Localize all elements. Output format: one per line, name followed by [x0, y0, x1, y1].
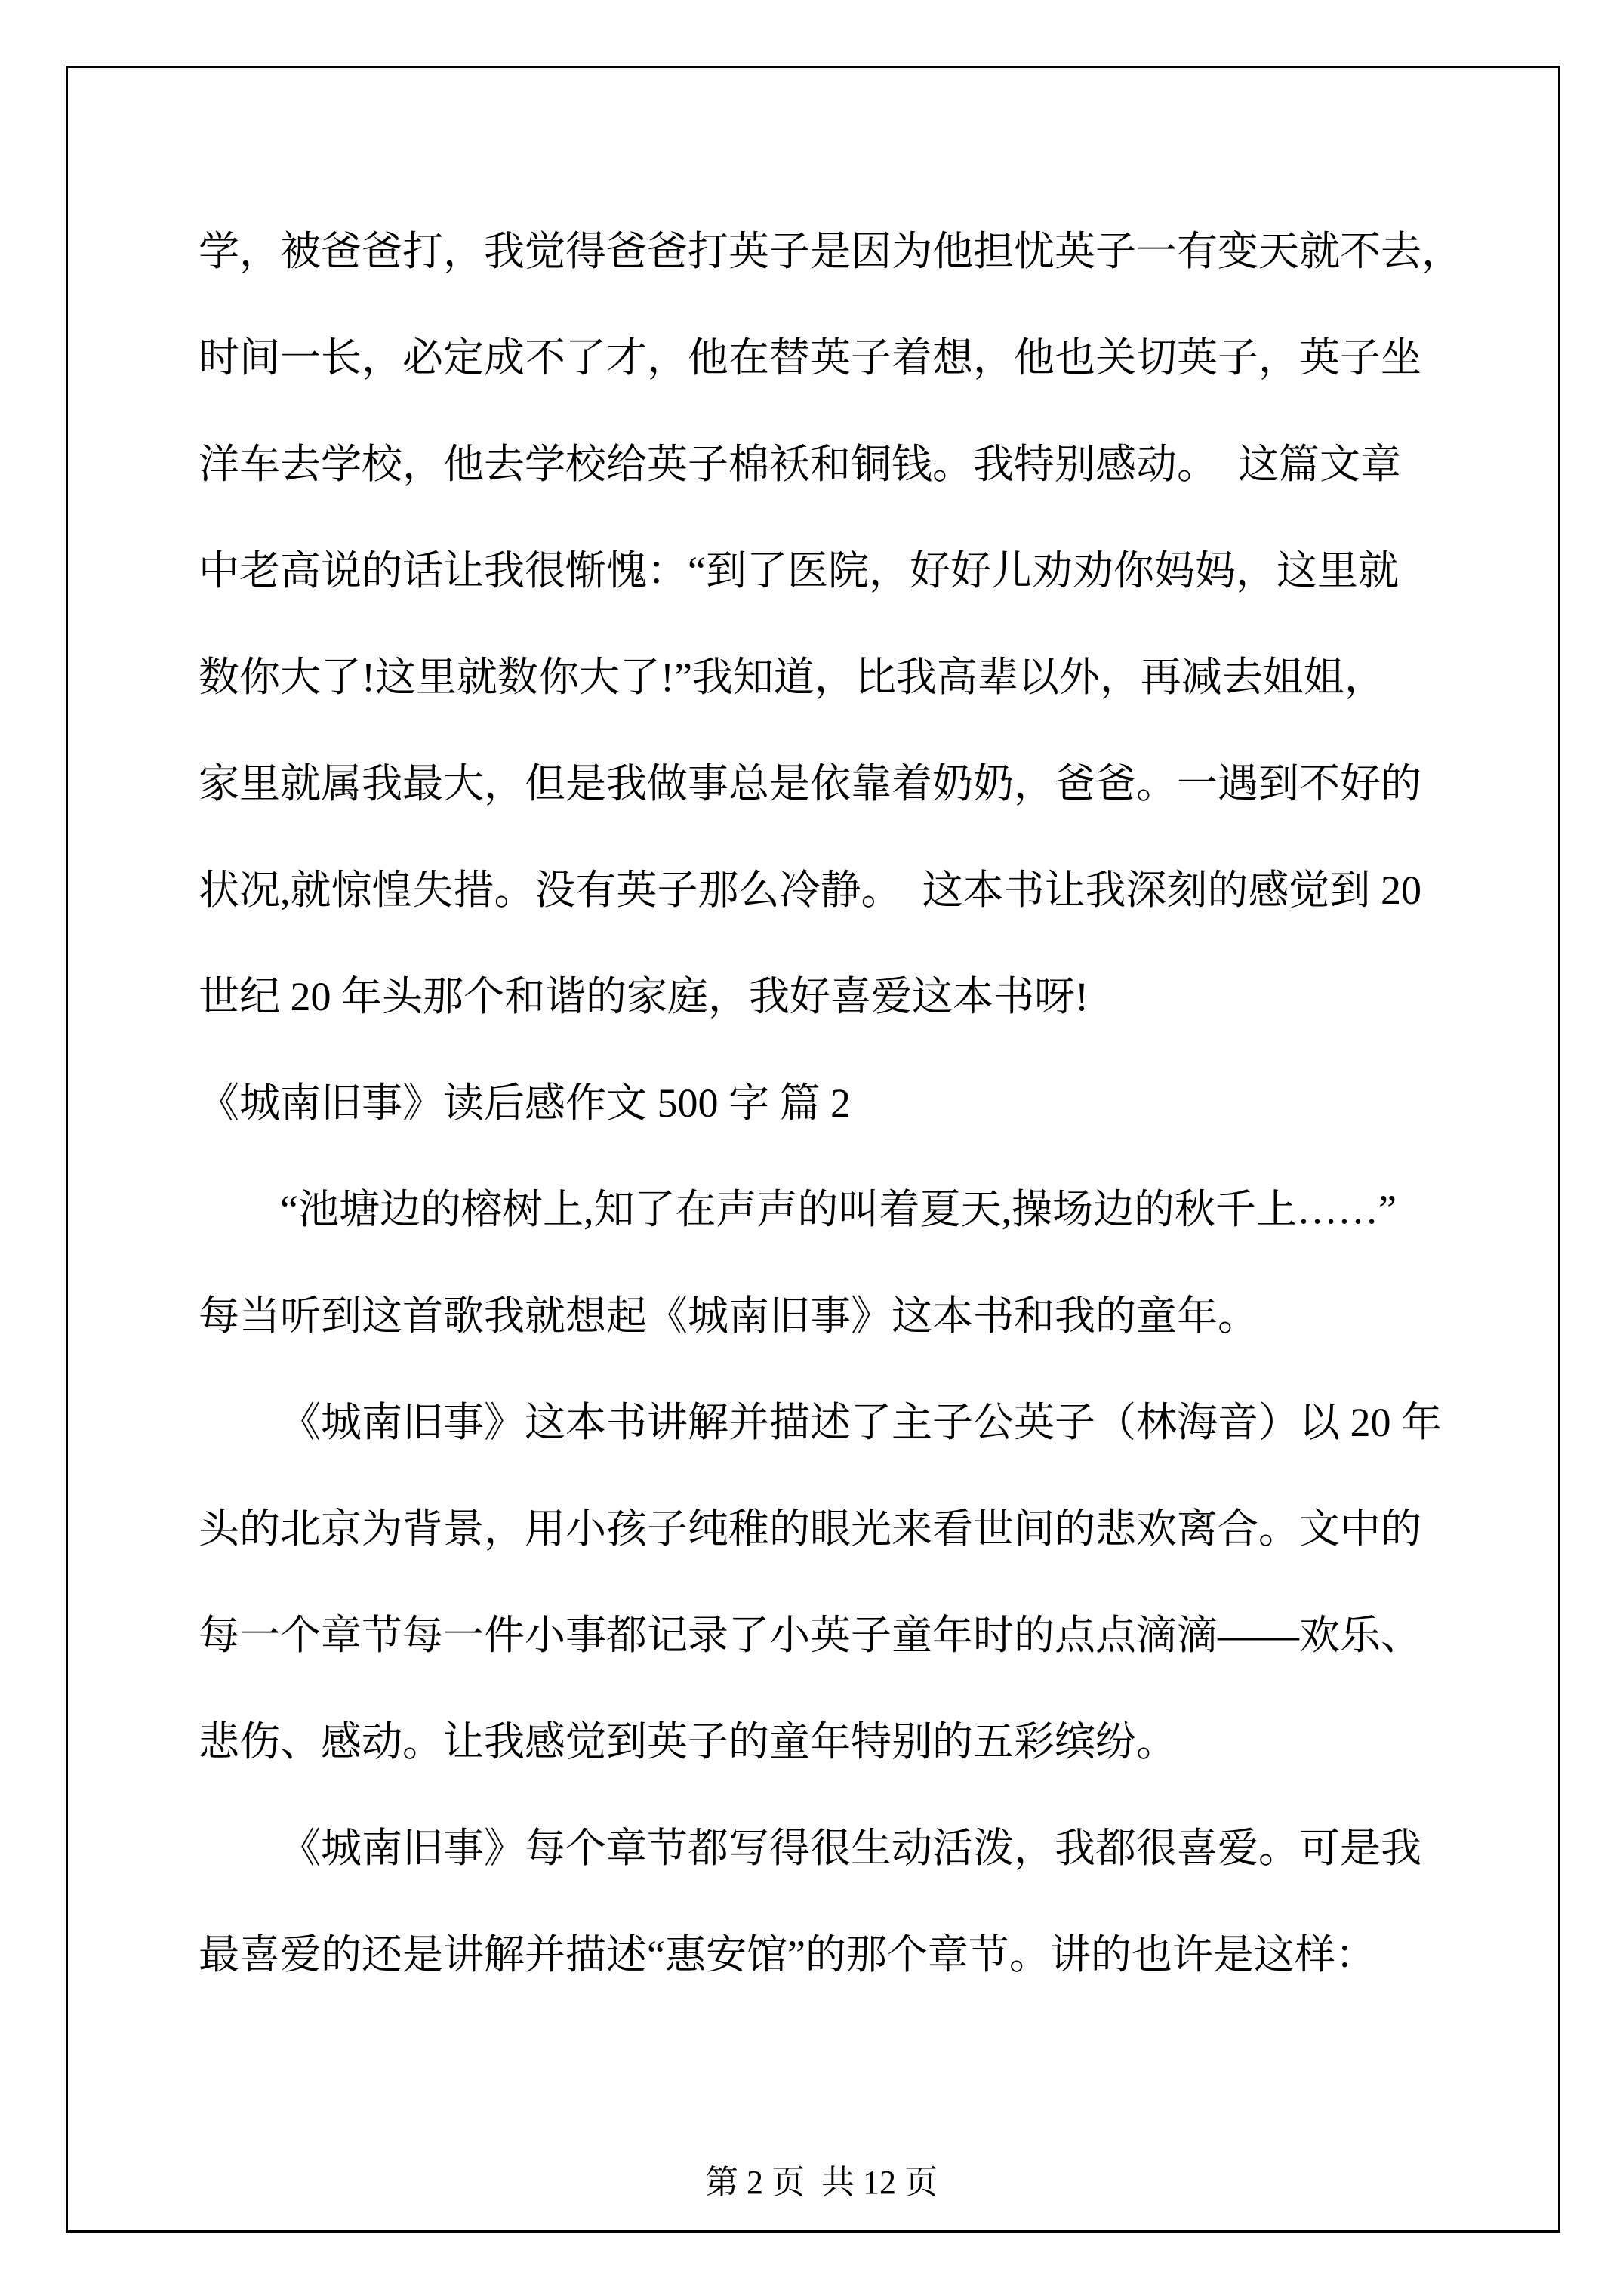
text-line: 洋车去学校，他去学校给英子棉袄和铜钱。我特别感动。 这篇文章 — [199, 411, 1474, 518]
text-line: 最喜爱的还是讲解并描述“惠安馆”的那个章节。讲的也许是这样： — [199, 1902, 1474, 2008]
text-line: 时间一长，必定成不了才，他在替英子着想，他也关切英子，英子坐 — [199, 305, 1474, 411]
text-line: 《城南旧事》这本书讲解并描述了主子公英子（林海音）以 20 年 — [199, 1370, 1474, 1476]
page-number-text: 第 2 页 共 12 页 — [705, 2164, 938, 2201]
text-line: 头的北京为背景，用小孩子纯稚的眼光来看世间的悲欢离合。文中的 — [199, 1476, 1474, 1583]
text-line: 中老高说的话让我很惭愧：“到了医院，好好儿劝劝你妈妈，这里就 — [199, 518, 1474, 624]
text-line: 《城南旧事》每个章节都写得很生动活泼，我都很喜爱。可是我 — [199, 1795, 1474, 1902]
text-line: 每一个章节每一件小事都记录了小英子童年时的点点滴滴——欢乐、 — [199, 1583, 1474, 1689]
text-line: 每当听到这首歌我就想起《城南旧事》这本书和我的童年。 — [199, 1263, 1474, 1370]
text-line: 世纪 20 年头那个和谐的家庭，我好喜爱这本书呀! — [199, 944, 1474, 1050]
text-line: 悲伤、感动。让我感觉到英子的童年特别的五彩缤纷。 — [199, 1689, 1474, 1795]
text-line: “池塘边的榕树上,知了在声声的叫着夏天,操场边的秋千上……” — [199, 1157, 1474, 1263]
text-line: 数你大了!这里就数你大了!”我知道，比我高辈以外，再减去姐姐， — [199, 624, 1474, 731]
document-body: 学，被爸爸打，我觉得爸爸打英子是因为他担忧英子一有变天就不去，时间一长，必定成不… — [199, 199, 1474, 2008]
text-line: 状况,就惊惶失措。没有英子那么冷静。 这本书让我深刻的感觉到 20 — [199, 837, 1474, 944]
text-line: 家里就属我最大，但是我做事总是依靠着奶奶，爸爸。一遇到不好的 — [199, 731, 1474, 837]
text-line: 学，被爸爸打，我觉得爸爸打英子是因为他担忧英子一有变天就不去， — [199, 199, 1474, 305]
page-footer: 第 2 页 共 12 页 — [66, 2113, 1560, 2206]
text-line: 《城南旧事》读后感作文 500 字 篇 2 — [199, 1050, 1474, 1157]
